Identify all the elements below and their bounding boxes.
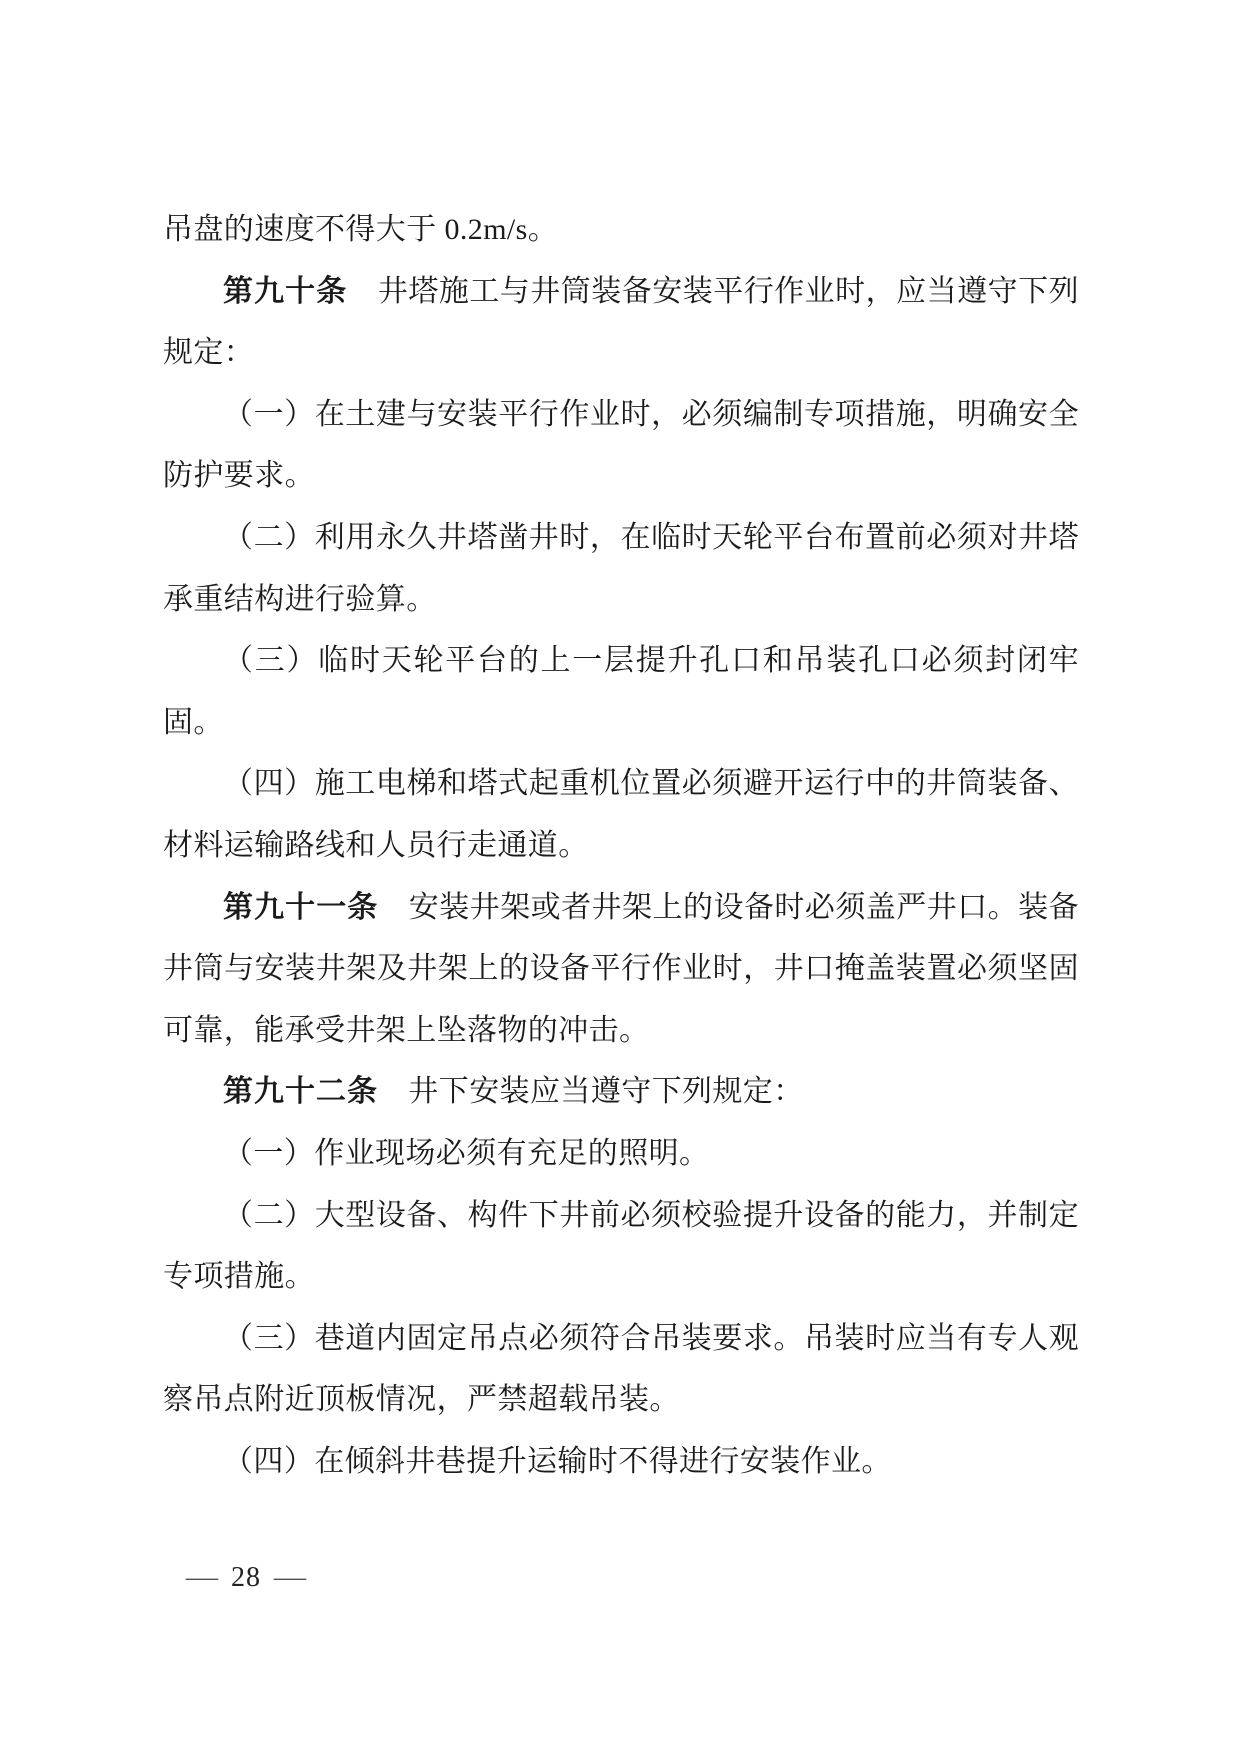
document-page: 吊盘的速度不得大于 0.2m/s。 第九十条 井塔施工与井筒装备安装平行作业时，… xyxy=(0,0,1240,1753)
article-heading: 第九十条 xyxy=(223,275,347,308)
paragraph-text: （三）临时天轮平台的上一层提升孔口和吊装孔口必须封闭牢固。 xyxy=(163,644,1079,739)
paragraph: （四）在倾斜井巷提升运输时不得进行安装作业。 xyxy=(163,1431,1079,1493)
paragraph-text: 吊盘的速度不得大于 0.2m/s。 xyxy=(163,213,558,246)
paragraph-text: （三）巷道内固定吊点必须符合吊装要求。吊装时应当有专人观察吊点附近顶板情况，严禁… xyxy=(163,1322,1079,1417)
paragraph: （二）利用永久井塔凿井时，在临时天轮平台布置前必须对井塔承重结构进行验算。 xyxy=(163,507,1079,630)
paragraph: （三）临时天轮平台的上一层提升孔口和吊装孔口必须封闭牢固。 xyxy=(163,630,1079,753)
paragraph-text: （四）在倾斜井巷提升运输时不得进行安装作业。 xyxy=(223,1445,892,1478)
footer-right-dash: — xyxy=(274,1556,306,1600)
paragraph-text: （四）施工电梯和塔式起重机位置必须避开运行中的井筒装备、材料运输路线和人员行走通… xyxy=(163,767,1079,862)
article-heading: 第九十二条 xyxy=(223,1075,378,1108)
page-body: 吊盘的速度不得大于 0.2m/s。 第九十条 井塔施工与井筒装备安装平行作业时，… xyxy=(163,199,1079,1492)
paragraph: （二）大型设备、构件下井前必须校验提升设备的能力，并制定专项措施。 xyxy=(163,1185,1079,1308)
paragraph: 第九十一条 安装井架或者井架上的设备时必须盖严井口。装备井筒与安装井架及井架上的… xyxy=(163,877,1079,1062)
footer-left-dash: — xyxy=(186,1556,218,1600)
paragraph: 第九十二条 井下安装应当遵守下列规定： xyxy=(163,1061,1079,1123)
paragraph: （一）在土建与安装平行作业时，必须编制专项措施，明确安全防护要求。 xyxy=(163,384,1079,507)
paragraph: 第九十条 井塔施工与井筒装备安装平行作业时，应当遵守下列规定： xyxy=(163,261,1079,384)
paragraph-text: （二）利用永久井塔凿井时，在临时天轮平台布置前必须对井塔承重结构进行验算。 xyxy=(163,521,1079,616)
page-footer: — 28 — xyxy=(188,1556,304,1600)
paragraph: （三）巷道内固定吊点必须符合吊装要求。吊装时应当有专人观察吊点附近顶板情况，严禁… xyxy=(163,1308,1079,1431)
article-heading: 第九十一条 xyxy=(223,891,378,924)
page-number: 28 xyxy=(231,1556,261,1600)
paragraph-text: 井下安装应当遵守下列规定： xyxy=(378,1075,804,1108)
paragraph: （一）作业现场必须有充足的照明。 xyxy=(163,1123,1079,1185)
paragraph-text: （一）作业现场必须有充足的照明。 xyxy=(223,1137,709,1170)
paragraph-text: （一）在土建与安装平行作业时，必须编制专项措施，明确安全防护要求。 xyxy=(163,398,1079,493)
paragraph: 吊盘的速度不得大于 0.2m/s。 xyxy=(163,199,1079,261)
paragraph-text: （二）大型设备、构件下井前必须校验提升设备的能力，并制定专项措施。 xyxy=(163,1199,1079,1294)
paragraph: （四）施工电梯和塔式起重机位置必须避开运行中的井筒装备、材料运输路线和人员行走通… xyxy=(163,753,1079,876)
